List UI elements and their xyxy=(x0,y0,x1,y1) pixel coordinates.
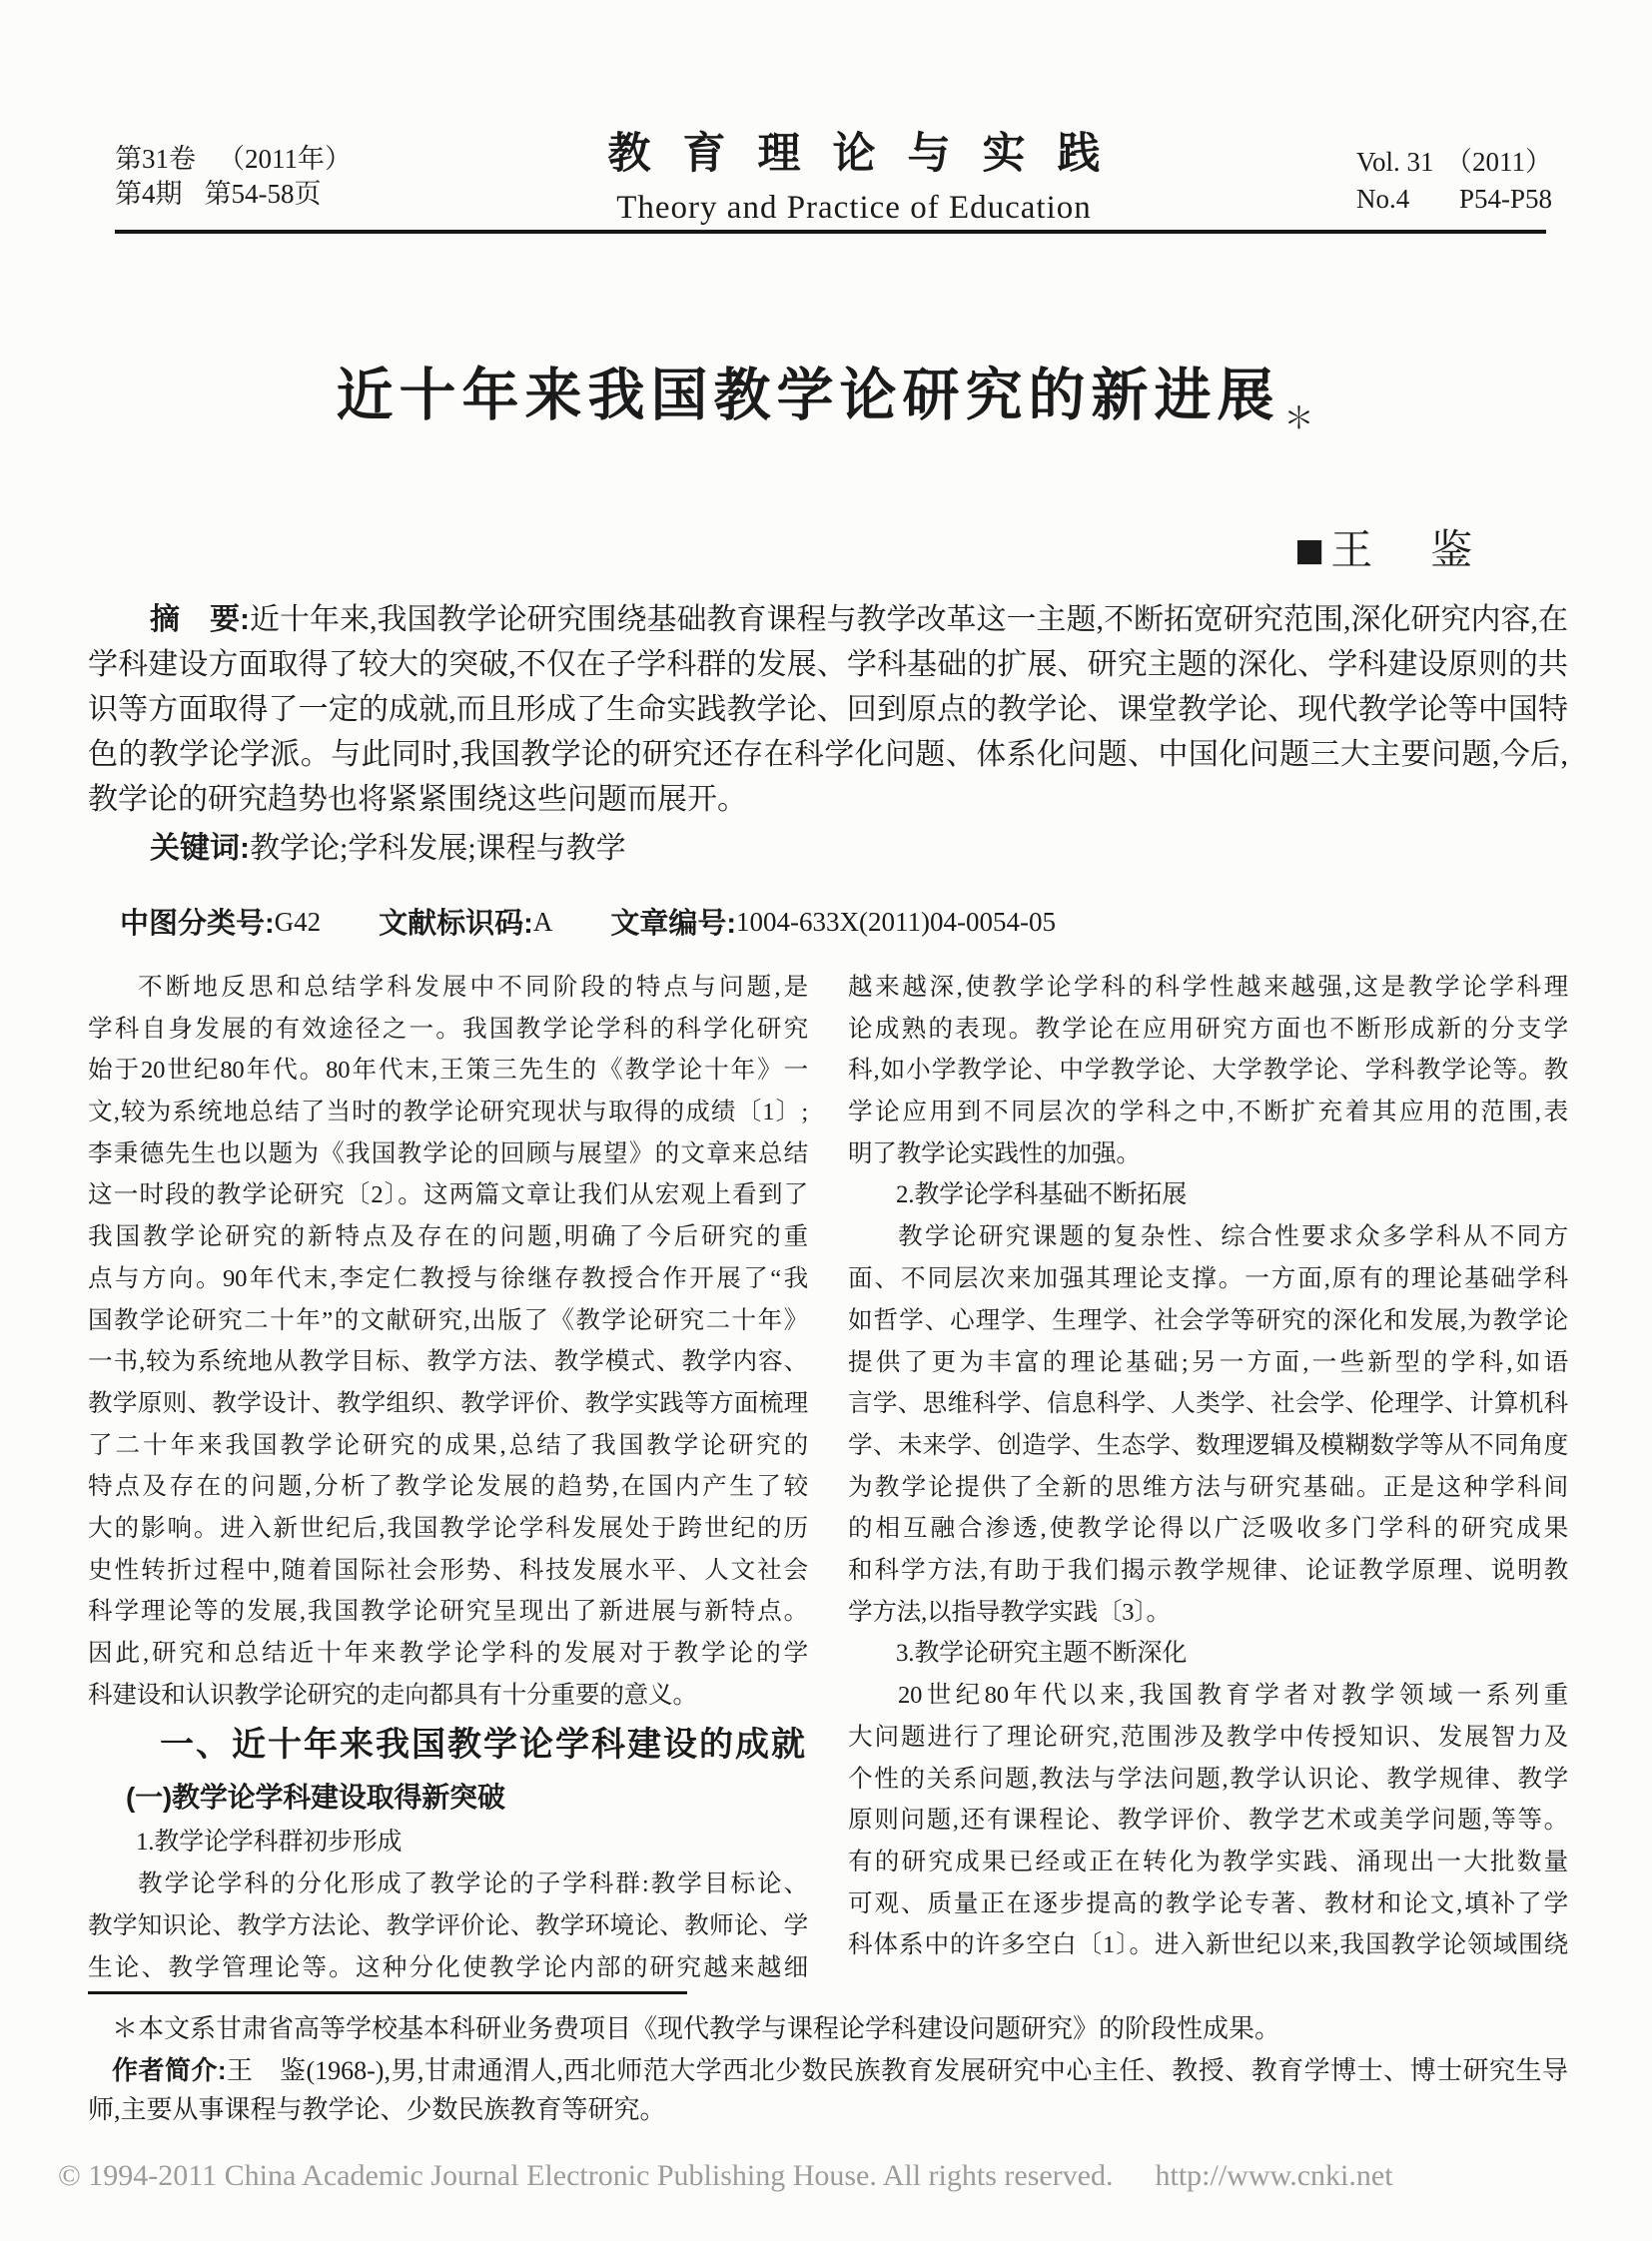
text-line: 科体系中的许多空白〔1〕。进入新世纪以来,我国教学论领域围绕 xyxy=(848,1924,1568,1966)
no-label-en: No.4 xyxy=(1356,181,1409,218)
header-divider xyxy=(115,230,1546,234)
text-line: 科,如小学教学论、中学教学论、大学教学论、学科教学论等。教 xyxy=(848,1050,1568,1092)
numbered-heading: 3.教学论研究主题不断深化 xyxy=(848,1633,1568,1675)
author-bio: 作者简介:王 鉴(1968-),男,甘肃通渭人,西北师范大学西北少数民族教育发展… xyxy=(88,2051,1568,2129)
article-title: 近十年来我国教学论研究的新进展＊ xyxy=(0,350,1652,431)
clc-value: G42 xyxy=(275,907,322,948)
vol-line-en: Vol. 31 （2011） xyxy=(1356,144,1552,181)
doc-code-label: 文献标识码: xyxy=(379,901,533,942)
text-line: 这一时段的教学论研究〔2〕。这两篇文章让我们从宏观上看到了 xyxy=(88,1174,808,1216)
text-line: 国教学论研究二十年”的文献研究,出版了《教学论研究二十年》 xyxy=(88,1300,808,1342)
text-line: 20世纪80年代以来,我国教育学者对教学领域一系列重 xyxy=(848,1675,1568,1717)
issue-info-right: Vol. 31 （2011） No.4 P54-P58 xyxy=(1356,128,1552,228)
title-footnote-asterisk: ＊ xyxy=(1284,402,1320,435)
text-line: 如哲学、心理学、生理学、社会学等研究的深化和发展,为教学论 xyxy=(848,1300,1568,1342)
pages-label-en: P54-P58 xyxy=(1459,181,1552,218)
keywords-line: 关键词:教学论;学科发展;课程与教学 xyxy=(88,826,1568,871)
section-heading: 一、近十年来我国教学论学科建设的成就 xyxy=(88,1716,808,1774)
text-line: 文,较为系统地总结了当时的教学论研究现状与取得的成绩〔1〕; xyxy=(88,1092,808,1133)
doc-code-item: 文献标识码: A xyxy=(379,901,552,942)
text-line: 始于20世纪80年代。80年代末,王策三先生的《教学论十年》一 xyxy=(88,1050,808,1092)
author-bullet-icon: ■ xyxy=(1294,525,1324,575)
text-line: 学、未来学、创造学、生态学、数理逻辑及模糊数学等从不同角度 xyxy=(848,1425,1568,1467)
volume-line: 第31卷 （2011年） xyxy=(115,142,352,177)
text-line: 越来越深,使教学论学科的科学性越来越强,这是教学论学科理 xyxy=(848,967,1568,1009)
no-line-en: No.4 P54-P58 xyxy=(1356,181,1552,218)
numbered-heading: 2.教学论学科基础不断拓展 xyxy=(848,1174,1568,1216)
author-bio-label: 作者简介: xyxy=(112,2055,227,2085)
year-label-en: （2011） xyxy=(1445,144,1552,181)
text-line: 教学论学科的分化形成了教学论的子学科群:教学目标论、 xyxy=(88,1864,808,1905)
pages-label: 第54-58页 xyxy=(205,177,322,212)
text-line: 科学理论等的发展,我国教学论研究呈现出了新进展与新特点。 xyxy=(88,1591,808,1633)
abstract-label: 摘 要: xyxy=(150,603,250,636)
left-column: 不断地反思和总结学科发展中不同阶段的特点与问题,是学科自身发展的有效途径之一。我… xyxy=(88,967,808,1988)
text-line: 生论、教学管理论等。这种分化使教学论内部的研究越来越细 xyxy=(88,1947,808,1989)
text-line: 言学、思维科学、信息科学、人类学、社会学、伦理学、计算机科 xyxy=(848,1383,1568,1425)
author-line: ■ 王 鉴 xyxy=(1294,517,1480,577)
classification-line: 中图分类号: G42 文献标识码: A 文章编号: 1004-633X(2011… xyxy=(120,901,1056,942)
text-line: 点与方向。90年代末,李定仁教授与徐继存教授合作开展了“我 xyxy=(88,1258,808,1300)
year-label: （2011年） xyxy=(218,142,352,177)
vol-label-en: Vol. 31 xyxy=(1356,144,1434,181)
clc-item: 中图分类号: G42 xyxy=(120,901,321,942)
article-body: 不断地反思和总结学科发展中不同阶段的特点与问题,是学科自身发展的有效途径之一。我… xyxy=(88,967,1568,1988)
text-line: 大问题进行了理论研究,范围涉及教学中传授知识、发展智力及 xyxy=(848,1717,1568,1759)
text-line: 学科自身发展的有效途径之一。我国教学论学科的科学化研究 xyxy=(88,1009,808,1051)
text-line: 李秉德先生也以题为《我国教学论的回顾与展望》的文章来总结 xyxy=(88,1133,808,1175)
issue-info-left: 第31卷 （2011年） 第4期 第54-58页 xyxy=(115,128,352,228)
text-line: 原则问题,还有课程论、教学评价、教学艺术或美学问题,等等。 xyxy=(848,1800,1568,1842)
text-line: 学论应用到不同层次的学科之中,不断扩充着其应用的范围,表 xyxy=(848,1092,1568,1133)
doc-code-value: A xyxy=(533,907,553,948)
text-line: 论成熟的表现。教学论在应用研究方面也不断形成新的分支学 xyxy=(848,1009,1568,1051)
text-line: 不断地反思和总结学科发展中不同阶段的特点与问题,是 xyxy=(88,967,808,1009)
journal-page-scan: 第31卷 （2011年） 第4期 第54-58页 教育理论与实践 Theory … xyxy=(0,0,1652,2241)
article-id-label: 文章编号: xyxy=(610,901,736,942)
text-line: 和科学方法,有助于我们揭示教学规律、论证教学原理、说明教 xyxy=(848,1550,1568,1592)
right-column: 越来越深,使教学论学科的科学性越来越强,这是教学论学科理论成熟的表现。教学论在应… xyxy=(848,967,1568,1988)
text-line: 了二十年来我国教学论研究的成果,总结了我国教学论研究的 xyxy=(88,1425,808,1467)
abstract-block: 摘 要:近十年来,我国教学论研究围绕基础教育课程与教学改革这一主题,不断拓宽研究… xyxy=(88,597,1568,871)
text-line: 一书,较为系统地从教学目标、教学方法、教学模式、教学内容、 xyxy=(88,1341,808,1383)
article-title-text: 近十年来我国教学论研究的新进展 xyxy=(337,364,1280,427)
text-line: 教学论研究课题的复杂性、综合性要求众多学科从不同方 xyxy=(848,1216,1568,1258)
text-line: 提供了更为丰富的理论基础;另一方面,一些新型的学科,如语 xyxy=(848,1342,1568,1384)
text-line: 特点及存在的问题,分析了教学论发展的趋势,在国内产生了较 xyxy=(88,1466,808,1508)
journal-name-en: Theory and Practice of Education xyxy=(576,188,1133,228)
keywords-label: 关键词: xyxy=(150,832,250,865)
article-id-item: 文章编号: 1004-633X(2011)04-0054-05 xyxy=(610,901,1056,942)
text-line: 学方法,以指导教学实践〔3〕。 xyxy=(848,1592,1568,1634)
text-line: 有的研究成果已经或正在转化为教学实践、涌现出一大批数量 xyxy=(848,1842,1568,1883)
copyright-text: © 1994-2011 China Academic Journal Elect… xyxy=(58,2159,1114,2193)
text-line: 为教学论提供了全新的思维方法与研究基础。正是这种学科间 xyxy=(848,1467,1568,1509)
clc-label: 中图分类号: xyxy=(120,901,275,942)
cnki-footer: © 1994-2011 China Academic Journal Elect… xyxy=(58,2159,1393,2193)
text-line: 可观、质量正在逐步提高的教学论专著、教材和论文,填补了学 xyxy=(848,1883,1568,1925)
abstract-text: 近十年来,我国教学论研究围绕基础教育课程与教学改革这一主题,不断拓宽研究范围,深… xyxy=(88,603,1568,816)
text-line: 面、不同层次来加强其理论支撑。一方面,原有的理论基础学科 xyxy=(848,1258,1568,1300)
article-id-value: 1004-633X(2011)04-0054-05 xyxy=(736,907,1056,948)
text-line: 教学原则、教学设计、教学组织、教学评价、教学实践等方面梳理 xyxy=(88,1383,808,1425)
page-header: 第31卷 （2011年） 第4期 第54-58页 教育理论与实践 Theory … xyxy=(115,128,1552,228)
numbered-heading: 1.教学论学科群初步形成 xyxy=(88,1822,808,1864)
text-line: 我国教学论研究的新特点及存在的问题,明确了今后研究的重 xyxy=(88,1216,808,1258)
text-line: 教学知识论、教学方法论、教学评价论、教学环境论、教师论、学 xyxy=(88,1905,808,1947)
issue-line: 第4期 第54-58页 xyxy=(115,177,352,212)
footnote-block: ＊本文系甘肃省高等学校基本科研业务费项目《现代教学与课程论学科建设问题研究》的阶… xyxy=(88,2009,1568,2129)
fund-note: ＊本文系甘肃省高等学校基本科研业务费项目《现代教学与课程论学科建设问题研究》的阶… xyxy=(88,2009,1568,2048)
journal-name-block: 教育理论与实践 Theory and Practice of Education xyxy=(576,128,1133,228)
cnki-url: http://www.cnki.net xyxy=(1156,2159,1393,2193)
subsection-heading: (一)教学论学科建设取得新突破 xyxy=(88,1774,808,1822)
issue-label: 第4期 xyxy=(115,177,183,212)
journal-name-zh: 教育理论与实践 xyxy=(576,128,1133,180)
keywords-text: 教学论;学科发展;课程与教学 xyxy=(250,832,626,865)
abstract-paragraph: 摘 要:近十年来,我国教学论研究围绕基础教育课程与教学改革这一主题,不断拓宽研究… xyxy=(88,597,1568,822)
text-line: 个性的关系问题,教法与学法问题,教学认识论、教学规律、教学 xyxy=(848,1759,1568,1801)
author-name: 王 鉴 xyxy=(1330,517,1480,577)
footnote-divider xyxy=(88,1991,687,1994)
text-line: 明了教学论实践性的加强。 xyxy=(848,1133,1568,1175)
volume-label: 第31卷 xyxy=(115,142,196,177)
author-bio-text: 王 鉴(1968-),男,甘肃通渭人,西北师范大学西北少数民族教育发展研究中心主… xyxy=(88,2056,1568,2124)
text-line: 史性转折过程中,随着国际社会形势、科技发展水平、人文社会 xyxy=(88,1550,808,1592)
text-line: 的相互融合渗透,使教学论得以广泛吸收多门学科的研究成果 xyxy=(848,1508,1568,1550)
text-line: 因此,研究和总结近十年来教学论学科的发展对于教学论的学 xyxy=(88,1633,808,1675)
text-line: 大的影响。进入新世纪后,我国教学论学科发展处于跨世纪的历 xyxy=(88,1508,808,1550)
text-line: 科建设和认识教学论研究的走向都具有十分重要的意义。 xyxy=(88,1675,808,1717)
